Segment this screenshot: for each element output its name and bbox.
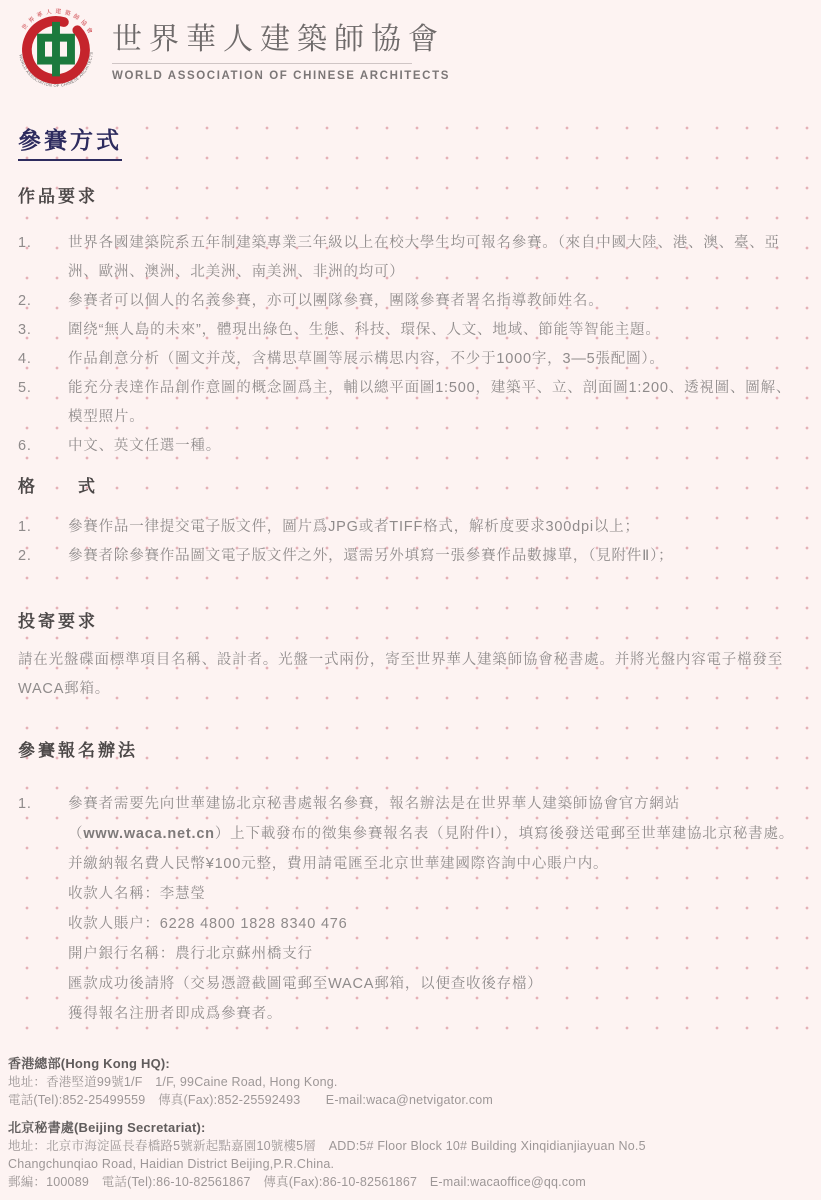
footer-hk-contact: 電話(Tel):852-25499559 傳真(Fax):852-2559249…	[8, 1091, 821, 1109]
item-number: 1.	[18, 513, 68, 542]
org-divider	[112, 63, 412, 64]
item-number: 2.	[18, 542, 68, 571]
footer-hk-heading: 香港總部(Hong Kong HQ):	[8, 1055, 821, 1073]
footer-hk-address: 地址：香港堅道99號1/F 1/F, 99Caine Road, Hong Ko…	[8, 1073, 821, 1091]
remittance-note-line: 匯款成功後請將（交易憑證截圖電郵至WACA郵箱，以便查收後存檔）	[68, 969, 795, 999]
payee-name-line: 收款人名稱：李慧瑩	[68, 879, 795, 909]
item-text: 世界各國建築院系五年制建築專業三年級以上在校大學生均可報名參賽。（來自中國大陸、…	[68, 229, 795, 287]
registration-item: 1. 參賽者需要先向世華建協北京秘書處報名參賽，報名辦法是在世界華人建築師協會官…	[18, 789, 795, 879]
item-text: 中文、英文任選一種。	[68, 432, 795, 461]
registration-item-text: 參賽者需要先向世華建協北京秘書處報名參賽，報名辦法是在世界華人建築師協會官方網站…	[68, 789, 795, 879]
mailing-body: 請在光盤碟面標準項目名稱、設計者。光盤一式兩份，寄至世界華人建築師協會秘書處。并…	[18, 646, 795, 704]
list-item: 1. 參賽作品一律提交電子版文件，圖片爲JPG或者TIFF格式，解析度要求300…	[18, 513, 795, 542]
org-name-en: WORLD ASSOCIATION OF CHINESE ARCHITECTS	[112, 70, 450, 82]
list-item: 2. 參賽者除參賽作品圖文電子版文件之外，還需另外填寫一張參賽作品數據單，（見附…	[18, 542, 795, 571]
footer-bj-block: 北京秘書處(Beijing Secretariat): 地址：北京市海淀區長春橋…	[8, 1119, 821, 1191]
list-item: 1. 世界各國建築院系五年制建築專業三年級以上在校大學生均可報名參賽。（來自中國…	[18, 229, 795, 287]
org-names: 世界華人建築師協會 WORLD ASSOCIATION OF CHINESE A…	[112, 6, 450, 82]
document-body: 參賽方式 作品要求 1. 世界各國建築院系五年制建築專業三年級以上在校大學生均可…	[0, 109, 821, 1049]
section-heading-mailing: 投寄要求	[18, 612, 795, 632]
list-item: 5. 能充分表達作品創作意圖的概念圖爲主，輔以總平面圖1:500，建築平、立、剖…	[18, 374, 795, 432]
section-heading-work-requirements: 作品要求	[18, 187, 795, 207]
registration-confirm-line: 獲得報名注册者即成爲參賽者。	[68, 999, 795, 1029]
item-text: 圍绕“無人島的未來”，體現出綠色、生態、科技、環保、人文、地域、節能等智能主題。	[68, 316, 795, 345]
footer-bj-contact: 郵編：100089 電話(Tel):86-10-82561867 傳真(Fax)…	[8, 1173, 821, 1191]
work-requirements-list: 1. 世界各國建築院系五年制建築專業三年級以上在校大學生均可報名參賽。（來自中國…	[18, 229, 795, 461]
footer-bj-address-line2: Changchunqiao Road, Haidian District Bei…	[8, 1155, 821, 1173]
item-number: 6.	[18, 432, 68, 461]
list-item: 3. 圍绕“無人島的未來”，體現出綠色、生態、科技、環保、人文、地域、節能等智能…	[18, 316, 795, 345]
official-website-url: www.waca.net.cn	[83, 826, 215, 842]
item-text: 參賽者可以個人的名義參賽，亦可以團隊參賽，團隊參賽者署名指導教師姓名。	[68, 287, 795, 316]
item-number: 4.	[18, 345, 68, 374]
section-heading-format: 格 式	[18, 477, 795, 497]
list-item: 4. 作品創意分析（圖文并茂，含構思草圖等展示構思内容，不少于1000字，3—5…	[18, 345, 795, 374]
item-number: 5.	[18, 374, 68, 432]
item-number: 3.	[18, 316, 68, 345]
footer-bj-address-line1: 地址：北京市海淀區長春橋路5號新起點嘉園10號樓5層 ADD:5# Floor …	[8, 1137, 821, 1155]
section-heading-registration: 參賽報名辦法	[18, 741, 795, 761]
footer-bj-heading: 北京秘書處(Beijing Secretariat):	[8, 1119, 821, 1137]
item-number: 1.	[18, 229, 68, 287]
item-text: 作品創意分析（圖文并茂，含構思草圖等展示構思内容，不少于1000字，3—5張配圖…	[68, 345, 795, 374]
format-list: 1. 參賽作品一律提交電子版文件，圖片爲JPG或者TIFF格式，解析度要求300…	[18, 513, 795, 571]
item-text: 能充分表達作品創作意圖的概念圖爲主，輔以總平面圖1:500，建築平、立、剖面圖1…	[68, 374, 795, 432]
page-title: 參賽方式	[18, 122, 122, 161]
item-text: 參賽作品一律提交電子版文件，圖片爲JPG或者TIFF格式，解析度要求300dpi…	[68, 513, 795, 542]
item-number: 1.	[18, 789, 68, 879]
item-number: 2.	[18, 287, 68, 316]
list-item: 6. 中文、英文任選一種。	[18, 432, 795, 461]
bank-name-line: 開户銀行名稱：農行北京蘇州橋支行	[68, 939, 795, 969]
item-text: 參賽者除參賽作品圖文電子版文件之外，還需另外填寫一張參賽作品數據單，（見附件Ⅱ）…	[68, 542, 795, 571]
payee-account-line: 收款人賬户：6228 4800 1828 8340 476	[68, 909, 795, 939]
footer-hk-block: 香港總部(Hong Kong HQ): 地址：香港堅道99號1/F 1/F, 9…	[8, 1055, 821, 1109]
org-name-zh: 世界華人建築師協會	[112, 14, 450, 58]
page-footer: 香港總部(Hong Kong HQ): 地址：香港堅道99號1/F 1/F, 9…	[0, 1049, 821, 1191]
waca-logo-icon: 世 界 華 人 建 築 師 協 會 WORLD ASSOCIATION OF C…	[12, 6, 100, 94]
list-item: 2. 參賽者可以個人的名義參賽，亦可以團隊參賽，團隊參賽者署名指導教師姓名。	[18, 287, 795, 316]
page-header: 世 界 華 人 建 築 師 協 會 WORLD ASSOCIATION OF C…	[0, 0, 821, 109]
